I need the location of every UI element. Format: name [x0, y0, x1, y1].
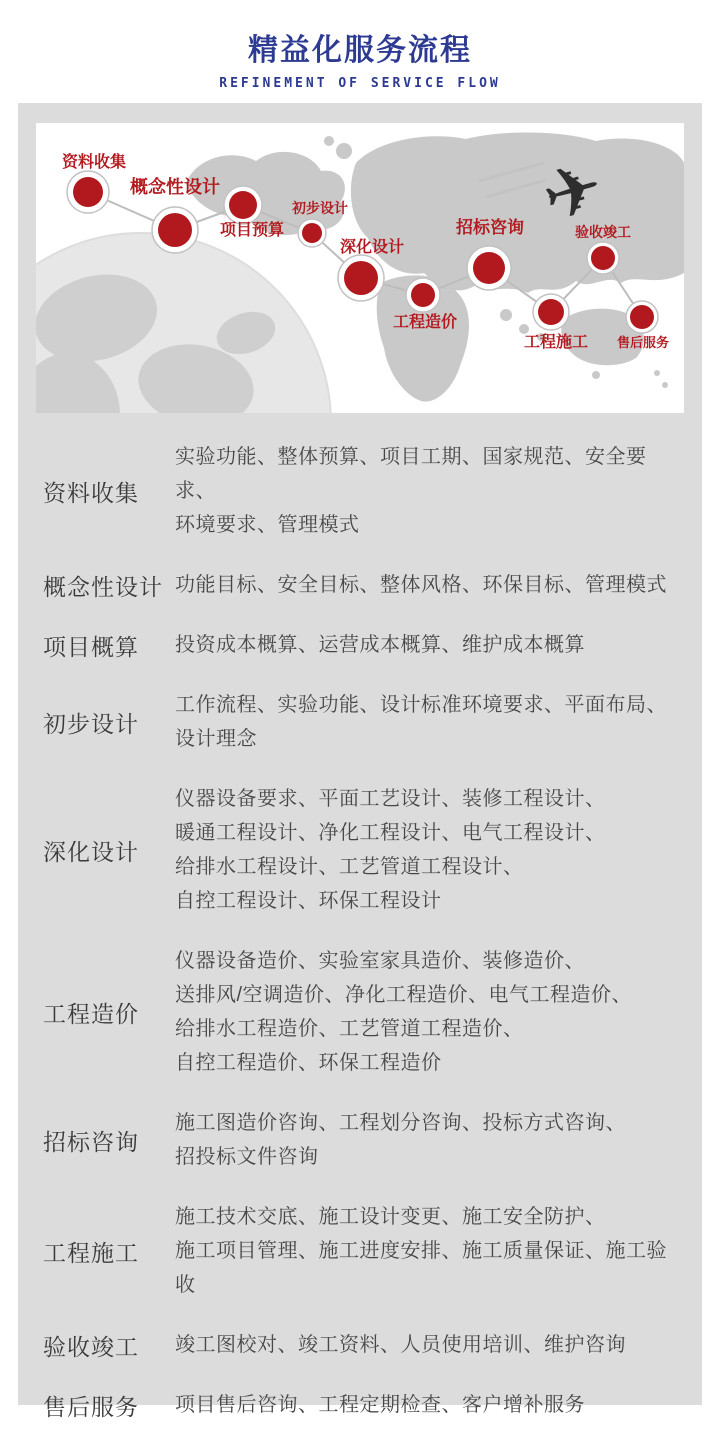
flow-step-desc: 仪器设备造价、实验室家具造价、装修造价、 送排风/空调造价、净化工程造价、电气工…: [175, 944, 682, 1080]
flow-step-label: 售后服务: [43, 1389, 175, 1422]
flow-step-desc: 投资成本概算、运营成本概算、维护成本概算: [175, 628, 682, 662]
flow-map-graphic: ✈ 资料收集概念性设计项目预算初步设计深化设计工程造价招标咨询工程施工验收竣工售…: [36, 123, 684, 413]
map-node-label: 验收竣工: [575, 224, 631, 240]
flow-step-desc: 项目售后咨询、工程定期检查、客户增补服务: [175, 1388, 682, 1422]
flow-step-label: 招标咨询: [43, 1124, 175, 1157]
flow-step-desc: 施工技术交底、施工设计变更、施工安全防护、 施工项目管理、施工进度安排、施工质量…: [175, 1200, 682, 1302]
map-node-label: 资料收集: [62, 152, 126, 171]
page-header: 精益化服务流程 REFINEMENT OF SERVICE FLOW: [0, 0, 720, 91]
map-node-dot: [344, 261, 378, 295]
flow-step-desc: 工作流程、实验功能、设计标准环境要求、平面布局、 设计理念: [175, 688, 682, 756]
flow-step-label: 概念性设计: [43, 569, 175, 602]
flow-step-row: 项目概算 投资成本概算、运营成本概算、维护成本概算: [43, 628, 682, 662]
flow-step-label: 项目概算: [43, 629, 175, 662]
map-node-label: 招标咨询: [455, 217, 524, 237]
map-node-dot: [591, 246, 615, 270]
flow-step-row: 初步设计 工作流程、实验功能、设计标准环境要求、平面布局、 设计理念: [43, 688, 682, 756]
flow-map-panel: ✈ 资料收集概念性设计项目预算初步设计深化设计工程造价招标咨询工程施工验收竣工售…: [36, 123, 684, 413]
flow-step-label: 初步设计: [43, 706, 175, 739]
flow-steps-list: 资料收集 实验功能、整体预算、项目工期、国家规范、安全要求、 环境要求、管理模式…: [18, 413, 702, 1422]
flow-step-label: 工程施工: [43, 1235, 175, 1268]
flow-step-row: 工程造价 仪器设备造价、实验室家具造价、装修造价、 送排风/空调造价、净化工程造…: [43, 944, 682, 1080]
flow-step-desc: 竣工图校对、竣工资料、人员使用培训、维护咨询: [175, 1328, 682, 1362]
map-node-dot: [73, 177, 103, 207]
map-node-dot: [411, 283, 435, 307]
map-node-label: 深化设计: [340, 237, 404, 256]
page-subtitle: REFINEMENT OF SERVICE FLOW: [0, 76, 720, 91]
flow-step-row: 深化设计 仪器设备要求、平面工艺设计、装修工程设计、 暖通工程设计、净化工程设计…: [43, 782, 682, 918]
globe-graphic: [36, 233, 331, 413]
flow-step-desc: 功能目标、安全目标、整体风格、环保目标、管理模式: [175, 568, 682, 602]
page: 精益化服务流程 REFINEMENT OF SERVICE FLOW: [0, 0, 720, 1450]
service-flow-card: ✈ 资料收集概念性设计项目预算初步设计深化设计工程造价招标咨询工程施工验收竣工售…: [18, 103, 702, 1405]
map-node-dot: [302, 223, 322, 243]
map-node-label: 售后服务: [617, 335, 669, 350]
map-node-dot: [473, 252, 505, 284]
flow-step-row: 概念性设计 功能目标、安全目标、整体风格、环保目标、管理模式: [43, 568, 682, 602]
map-node-label: 工程造价: [393, 312, 457, 331]
flow-step-row: 售后服务 项目售后咨询、工程定期检查、客户增补服务: [43, 1388, 682, 1422]
flow-step-row: 工程施工 施工技术交底、施工设计变更、施工安全防护、 施工项目管理、施工进度安排…: [43, 1200, 682, 1302]
flow-step-label: 工程造价: [43, 996, 175, 1029]
map-node-dot: [158, 213, 192, 247]
flow-step-desc: 仪器设备要求、平面工艺设计、装修工程设计、 暖通工程设计、净化工程设计、电气工程…: [175, 782, 682, 918]
flow-step-row: 资料收集 实验功能、整体预算、项目工期、国家规范、安全要求、 环境要求、管理模式: [43, 440, 682, 542]
flow-step-row: 招标咨询 施工图造价咨询、工程划分咨询、投标方式咨询、 招投标文件咨询: [43, 1106, 682, 1174]
map-node-label: 项目预算: [220, 220, 284, 239]
flow-step-label: 资料收集: [43, 475, 175, 508]
flow-step-label: 验收竣工: [43, 1329, 175, 1362]
map-node-label: 工程施工: [524, 332, 588, 351]
flow-step-row: 验收竣工 竣工图校对、竣工资料、人员使用培训、维护咨询: [43, 1328, 682, 1362]
map-node-label: 概念性设计: [130, 176, 220, 197]
flow-step-label: 深化设计: [43, 834, 175, 867]
map-node-dot: [538, 299, 564, 325]
map-node-dot: [229, 191, 257, 219]
page-title: 精益化服务流程: [0, 25, 720, 69]
map-node-label: 初步设计: [291, 200, 348, 216]
map-node-dot: [630, 305, 654, 329]
flow-step-desc: 实验功能、整体预算、项目工期、国家规范、安全要求、 环境要求、管理模式: [175, 440, 682, 542]
flow-step-desc: 施工图造价咨询、工程划分咨询、投标方式咨询、 招投标文件咨询: [175, 1106, 682, 1174]
